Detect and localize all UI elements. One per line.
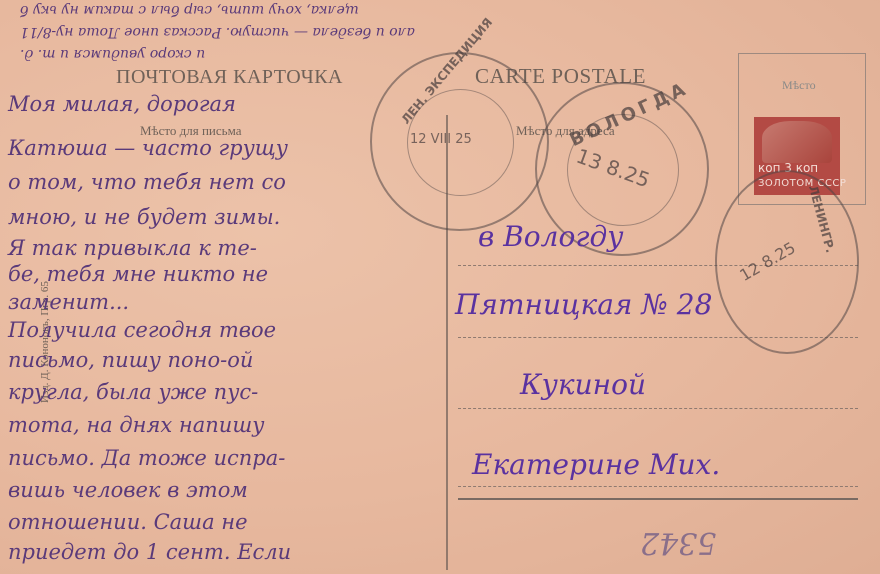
address-city: в Вологду (478, 220, 623, 253)
top-note-line: щелка, хочу шить, сыр был с таким ну ьку… (20, 2, 359, 18)
top-note-line: и скоро увидимся и т. д. (20, 46, 205, 62)
message-line: отношении. Саша не (8, 510, 248, 534)
postmark-leningrad-expedition: 12 VIII 25 ЛЕН. ЭКСПЕДИЦИЯ (370, 52, 549, 231)
message-line: Я так привыкла к те- (8, 236, 257, 260)
worker-figure-icon (762, 121, 832, 163)
message-line: Получила сегодня твое (8, 318, 276, 342)
address-line (458, 408, 858, 409)
message-line: вишь человек в этом (8, 478, 248, 502)
message-line: тота, на днях напишу (8, 413, 264, 437)
top-note-line: ало и бездела — чистую. Рассказ иное Лош… (20, 24, 415, 40)
message-line: мною, и не будет зимы. (8, 205, 280, 229)
message-line: письмо. Да тоже испра- (8, 446, 285, 470)
message-line: Катюша — часто грущу (8, 136, 288, 160)
postcard: ПОЧТОВАЯ КАРТОЧКА CARTE POSTALE Мѣсто дл… (0, 0, 880, 574)
address-line (458, 486, 858, 487)
message-line: о том, что тебя нет со (8, 170, 286, 194)
message-line: приедет до 1 сент. Если (8, 540, 291, 564)
message-line: письмо, пишу поно-ой (8, 348, 253, 372)
message-line: кругла, была уже пус- (8, 380, 258, 404)
inventory-number: 5342 (640, 525, 716, 560)
message-line: Моя милая, дорогая (8, 92, 236, 116)
stamp-box-label: Мѣсто (782, 78, 816, 93)
message-line: бе, тебя мне никто не (8, 262, 268, 286)
address-street: Пятницкая № 28 (455, 288, 712, 321)
address-surname: Кукиной (520, 368, 646, 401)
postmark-leningrad: 12 8.25 ЛЕНИНГР. (715, 170, 859, 354)
address-line-final (458, 498, 858, 500)
message-line: заменит... (8, 290, 129, 314)
header-russian: ПОЧТОВАЯ КАРТОЧКА (116, 66, 343, 89)
address-name: Екатерине Мих. (472, 448, 720, 481)
